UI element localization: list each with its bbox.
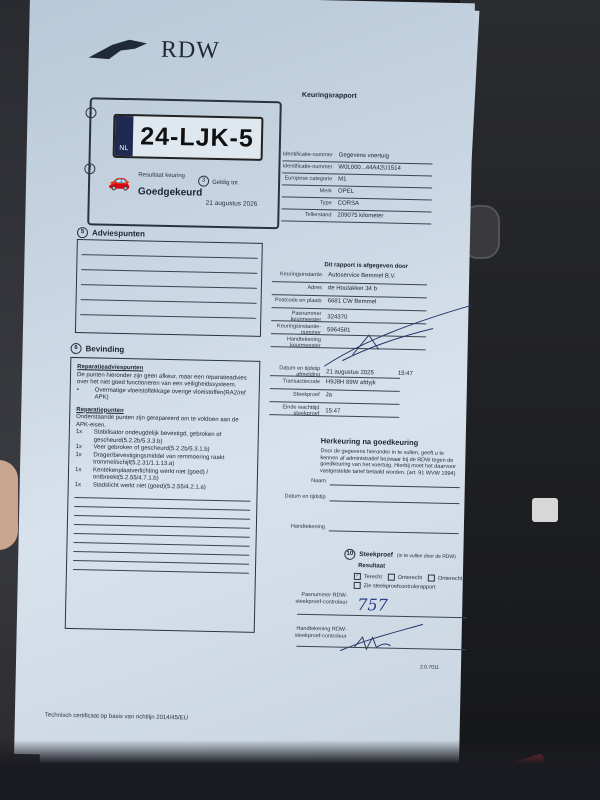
advies-box: [75, 239, 263, 337]
steekproef-note: (in te vullen door de RDW): [397, 552, 456, 559]
field-label: Merk: [278, 187, 338, 194]
bevinding-title: Bevinding: [85, 344, 124, 354]
advies-line: [81, 299, 257, 304]
field-row: MerkOPEL: [278, 187, 354, 195]
checkbox[interactable]: [354, 582, 361, 589]
herkeuring-field-input[interactable]: [329, 530, 459, 534]
marker-icon: 6: [70, 343, 81, 354]
advies-line: [82, 254, 258, 259]
advies-line: [80, 314, 256, 319]
herkeuring-field-label: Handtekening: [245, 523, 331, 531]
bevinding-line: [74, 506, 250, 511]
field-value: CORSA: [338, 200, 359, 206]
bevinding-line: [73, 560, 249, 565]
repair-advice-text: Overmatige vloeistoflekkage overige vloe…: [94, 387, 252, 405]
herkeuring-field-label: Datum en tijdstip: [245, 493, 331, 501]
bevinding-line: [74, 524, 250, 529]
inspection-detail-fields: Datum en tijdstip afmelding21 augustus 2…: [30, 0, 475, 3]
field-label: Postcode en plaats: [268, 297, 328, 304]
field-row: Europese categorieM1: [278, 175, 346, 182]
steekproef-title: Steekproef: [359, 551, 393, 559]
bevinding-line: [73, 551, 249, 556]
repair-advice-item: •Overmatige vloeistoflekkage overige vlo…: [76, 387, 252, 406]
brand-name: RDW: [161, 37, 221, 65]
field-value: 15:47: [325, 408, 340, 414]
advies-title: Adviespunten: [92, 228, 145, 238]
inspector-signature: [322, 300, 473, 373]
option-label: Zie steekproefcontrolerapport: [364, 583, 436, 591]
result-options: ✓TerechtOnterechtOnterechtZie steekproef…: [354, 573, 474, 594]
option-label: Onterecht: [438, 576, 462, 583]
field-label: Type: [278, 199, 338, 206]
issued-by-fields: KeuringsinstantieAutoservice Bemmel B.V.…: [30, 0, 475, 3]
form-version: 2.0.7011: [420, 664, 439, 670]
field-value: W0L000...44A42U1514: [338, 164, 401, 171]
herkeuring-title: Herkeuring na goedkeuring: [321, 436, 419, 447]
bevinding-line: [74, 542, 250, 547]
valid-until-label: Geldig tot: [212, 180, 238, 187]
rdw-bird-icon: [89, 38, 147, 61]
herkeuring-fields: NaamDatum en tijdstipHandtekening: [30, 0, 475, 3]
shadow: [0, 740, 600, 800]
valid-until-date: 21 augustus 2026: [206, 200, 258, 208]
result-label: Resultaat: [358, 563, 385, 570]
field-row: Tellerstand209075 kilometer: [277, 211, 383, 219]
field-label: Identificatie-nummer: [278, 163, 338, 170]
bevinding-line: [74, 533, 250, 538]
car-icon: 🚗: [108, 172, 132, 190]
rdw-signature: [336, 619, 427, 657]
repair-qty: 1x: [75, 452, 87, 467]
field-row: TransactiecodeH9J8H 89W afdyjk: [266, 378, 376, 386]
vehicle-fields: Identificatie-nummerGegevens voertuigIde…: [30, 0, 475, 3]
option-label: Onterecht: [398, 575, 422, 582]
plate-section: 1 NL 24-LJK-5 2 🚗 Resultaat keuring Goed…: [87, 97, 282, 229]
advies-line: [81, 269, 257, 274]
field-row: TypeCORSA: [278, 199, 359, 207]
repair-qty: 1x: [76, 429, 88, 444]
option-label: Terecht: [364, 574, 382, 580]
report-title: Keuringsrapport: [302, 92, 357, 100]
bullet: •: [76, 387, 88, 402]
issued-by-heading: Dit rapport is afgegeven door: [324, 262, 408, 270]
bevinding-blank-lines: [73, 497, 250, 574]
steekproef-heading: 10 Steekproef (in te vullen door de RDW): [344, 549, 456, 562]
license-plate: NL 24-LJK-5: [113, 114, 264, 161]
field-label: Adres: [268, 284, 328, 291]
repair-text: Stadslicht werkt niet (goed)(5.2.55/4.2.…: [93, 482, 206, 492]
field-underline: [281, 220, 431, 224]
advies-line: [81, 284, 257, 289]
field-value: 209075 kilometer: [337, 212, 383, 219]
field-value: OPEL: [338, 188, 354, 194]
car-interior-right: [460, 0, 600, 800]
inspection-label: Resultaat keuring: [138, 172, 185, 179]
field-value: de Houtakker 34 b: [328, 285, 377, 292]
marker-icon: 10: [344, 549, 355, 560]
checkbox[interactable]: [428, 575, 435, 582]
bevinding-box: Reparatieadviespunten De punten hieronde…: [65, 357, 261, 633]
herkeuring-text: Door de gegevens hieronder in te vullen,…: [320, 448, 461, 477]
herkeuring-field-label: Naam: [246, 477, 332, 485]
advies-heading: 5 Adviespunten: [77, 227, 145, 239]
field-value: Ja: [326, 392, 332, 398]
field-row: Adresde Houtakker 34 b: [268, 284, 377, 292]
marker-icon: 2: [84, 163, 95, 174]
field-row: Identificatie-nummerGegevens voertuig: [279, 151, 389, 159]
field-value: M1: [338, 176, 346, 182]
seatbelt-buckle: [532, 498, 558, 522]
field-row: Identificatie-nummerW0L000...44A42U1514: [278, 163, 400, 172]
footer-text: Technisch certificaat op basis van richt…: [45, 712, 188, 721]
field-label: Tellerstand: [277, 211, 337, 218]
marker-icon: 1: [85, 107, 96, 118]
field-label: Identificatie-nummer: [279, 151, 339, 158]
pasnummer-label: Pasnummer RDW-steekproef-controleur: [287, 592, 353, 606]
repair-qty: 1x: [75, 467, 87, 482]
field-row: KeuringsinstantieAutoservice Bemmel B.V.: [268, 271, 396, 280]
field-label: Keuringsinstantie: [268, 271, 328, 278]
plate-number: 24-LJK-5: [133, 122, 262, 154]
bevinding-line: [74, 497, 250, 502]
field-label: Transactiecode: [266, 378, 326, 385]
herkeuring-field-input[interactable]: [329, 500, 459, 504]
herkeuring-field-input[interactable]: [330, 484, 460, 488]
field-value: H9J8H 89W afdyjk: [326, 379, 376, 386]
field-value: Autoservice Bemmel B.V.: [328, 272, 396, 279]
bevinding-line: [74, 515, 250, 520]
checkbox[interactable]: ✓: [354, 573, 361, 580]
repair-qty: 1x: [75, 482, 87, 490]
thumb: [0, 460, 18, 550]
bevinding-heading: 6 Bevinding: [70, 343, 124, 355]
marker-icon: 3: [198, 176, 209, 187]
field-value: Gegevens voertuig: [339, 153, 389, 160]
pasnummer-value: 757: [357, 595, 388, 615]
field-row: SteekproefJa: [266, 391, 332, 398]
field-label: Europese categorie: [278, 175, 338, 182]
inspection-result: Goedgekeurd: [138, 186, 203, 198]
field-label: Steekproef: [266, 391, 326, 398]
bevinding-line: [73, 569, 249, 574]
plate-country: NL: [115, 116, 134, 156]
checkbox[interactable]: [388, 574, 395, 581]
marker-icon: 5: [77, 227, 88, 238]
repair-advice-list: •Overmatige vloeistoflekkage overige vlo…: [76, 387, 252, 406]
rdw-logo: RDW: [89, 35, 221, 65]
inspection-report: RDW Keuringsrapport 1 NL 24-LJK-5 2 🚗 Re…: [14, 0, 475, 763]
repairs-list: 1xStabilisator ondeugdelijk bevestigd, g…: [75, 429, 252, 493]
